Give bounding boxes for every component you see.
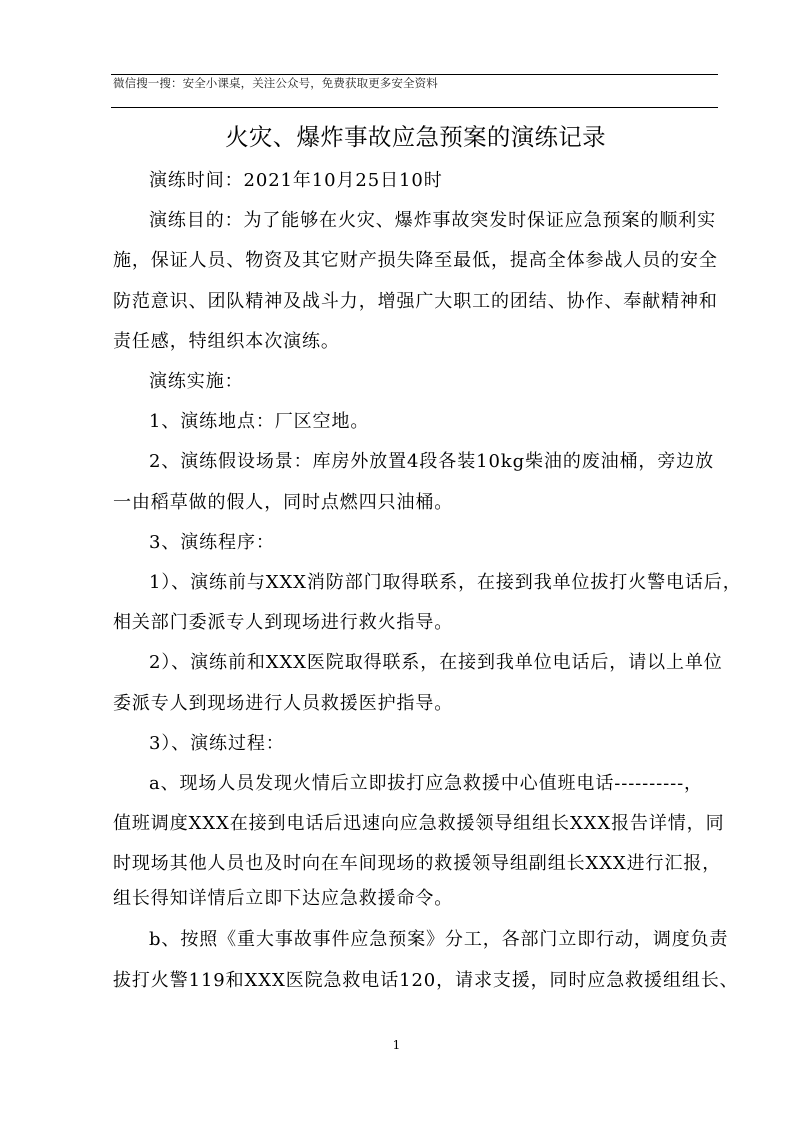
sub-list-item: 3）、演练过程： — [149, 732, 718, 756]
paragraph-line: 施，保证人员、物资及其它财产损失降至最低，提高全体参战人员的安全 — [113, 249, 718, 273]
paragraph-line: 值班调度XXX在接到电话后迅速向应急救援领导组组长XXX报告详情，同 — [113, 812, 718, 836]
sub-list-item: 1）、演练前与XXX消防部门取得联系，在接到我单位拔打火警电话后， — [149, 571, 718, 595]
list-item: 2、演练假设场景：库房外放置4段各装10kg柴油的废油桶，旁边放 — [149, 450, 718, 474]
paragraph-line: 防范意识、团队精神及战斗力，增强广大职工的团结、协作、奉献精神和 — [113, 290, 718, 314]
paragraph-line: 演练目的：为了能够在火灾、爆炸事故突发时保证应急预案的顺利实 — [149, 209, 718, 233]
document-page: 微信搜一搜：安全小课桌，关注公众号，免费获取更多安全资料 火灾、爆炸事故应急预案… — [0, 0, 793, 1122]
paragraph-line: 委派专人到现场进行人员救援医护指导。 — [113, 692, 718, 716]
section-heading: 演练实施： — [149, 370, 718, 394]
drill-time-line: 演练时间：2021年10月25日10时 — [149, 169, 718, 193]
list-item: 1、演练地点：厂区空地。 — [149, 410, 718, 434]
list-item: 3、演练程序： — [149, 531, 718, 555]
step-item: a、现场人员发现火情后立即拔打应急救援中心值班电话----------， — [149, 772, 718, 796]
step-item: b、按照《重大事故事件应急预案》分工，各部门立即行动，调度负责 — [149, 928, 718, 952]
paragraph-line: 时现场其他人员也及时向在车间现场的救援领导组副组长XXX进行汇报， — [113, 852, 718, 876]
document-title: 火灾、爆炸事故应急预案的演练记录 — [113, 120, 718, 154]
sub-list-item: 2）、演练前和XXX医院取得联系，在接到我单位电话后，请以上单位 — [149, 651, 718, 675]
paragraph-line: 相关部门委派专人到现场进行救火指导。 — [113, 611, 718, 635]
paragraph-line: 组长得知详情后立即下达应急救援命令。 — [113, 887, 718, 911]
header-rule-top — [111, 74, 718, 75]
page-header-text: 微信搜一搜：安全小课桌，关注公众号，免费获取更多安全资料 — [113, 76, 438, 90]
header-rule-bottom — [111, 107, 718, 108]
paragraph-line: 责任感，特组织本次演练。 — [113, 330, 718, 354]
paragraph-line: 一由稻草做的假人，同时点燃四只油桶。 — [113, 491, 718, 515]
page-number: 1 — [0, 1038, 793, 1052]
paragraph-line: 拔打火警119和XXX医院急救电话120，请求支援，同时应急救援组组长、 — [113, 969, 718, 993]
